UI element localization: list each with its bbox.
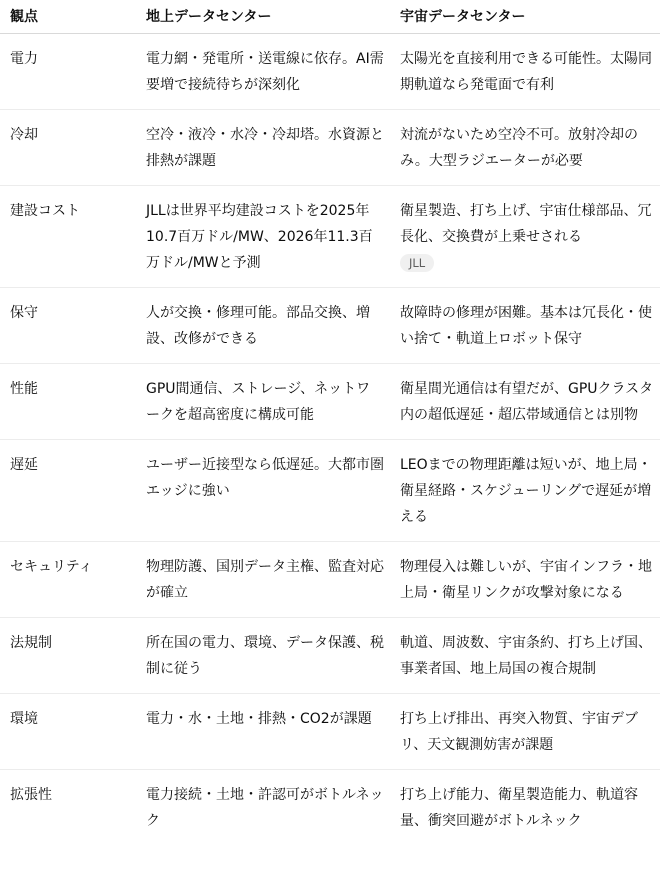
table-row: セキュリティ 物理防護、国別データ主権、監査対応が確立 物理侵入は難しいが、宇宙… [0, 542, 660, 618]
cell-ground: 電力網・発電所・送電線に依存。AI需要増で接続待ちが深刻化 [136, 34, 390, 110]
table-row: 冷却 空冷・液冷・水冷・冷却塔。水資源と排熱が課題 対流がないため空冷不可。放射… [0, 110, 660, 186]
cell-space: 衛星製造、打ち上げ、宇宙仕様部品、冗長化、交換費が上乗せされる JLL [390, 186, 660, 288]
table-row: 性能 GPU間通信、ストレージ、ネットワークを超高密度に構成可能 衛星間光通信は… [0, 364, 660, 440]
cell-space: 対流がないため空冷不可。放射冷却のみ。大型ラジエーターが必要 [390, 110, 660, 186]
cell-ground: JLLは世界平均建設コストを2025年10.7百万ドル/MW、2026年11.3… [136, 186, 390, 288]
cell-space: 故障時の修理が困難。基本は冗長化・使い捨て・軌道上ロボット保守 [390, 288, 660, 364]
cell-space: 打ち上げ能力、衛星製造能力、軌道容量、衝突回避がボトルネック [390, 770, 660, 846]
cell-ground: 人が交換・修理可能。部品交換、増設、改修ができる [136, 288, 390, 364]
table-row: 遅延 ユーザー近接型なら低遅延。大都市圏エッジに強い LEOまでの物理距離は短い… [0, 440, 660, 542]
cell-space: 軌道、周波数、宇宙条約、打ち上げ国、事業者国、地上局国の複合規制 [390, 618, 660, 694]
header-row: 観点 地上データセンター 宇宙データセンター [0, 0, 660, 34]
cell-aspect: 保守 [0, 288, 136, 364]
cell-aspect: 電力 [0, 34, 136, 110]
cell-ground: ユーザー近接型なら低遅延。大都市圏エッジに強い [136, 440, 390, 542]
cell-aspect: セキュリティ [0, 542, 136, 618]
header-ground: 地上データセンター [136, 0, 390, 34]
table-row: 建設コスト JLLは世界平均建設コストを2025年10.7百万ドル/MW、202… [0, 186, 660, 288]
cell-aspect: 建設コスト [0, 186, 136, 288]
table-row: 拡張性 電力接続・土地・許認可がボトルネック 打ち上げ能力、衛星製造能力、軌道容… [0, 770, 660, 846]
cell-ground: 所在国の電力、環境、データ保護、税制に従う [136, 618, 390, 694]
table-row: 電力 電力網・発電所・送電線に依存。AI需要増で接続待ちが深刻化 太陽光を直接利… [0, 34, 660, 110]
cell-aspect: 環境 [0, 694, 136, 770]
cell-aspect: 性能 [0, 364, 136, 440]
comparison-table: 観点 地上データセンター 宇宙データセンター 電力 電力網・発電所・送電線に依存… [0, 0, 660, 845]
table-row: 環境 電力・水・土地・排熱・CO2が課題 打ち上げ排出、再突入物質、宇宙デブリ、… [0, 694, 660, 770]
cell-space: 太陽光を直接利用できる可能性。太陽同期軌道なら発電面で有利 [390, 34, 660, 110]
table-row: 保守 人が交換・修理可能。部品交換、増設、改修ができる 故障時の修理が困難。基本… [0, 288, 660, 364]
source-citation-badge[interactable]: JLL [400, 254, 434, 272]
table-row: 法規制 所在国の電力、環境、データ保護、税制に従う 軌道、周波数、宇宙条約、打ち… [0, 618, 660, 694]
cell-aspect: 遅延 [0, 440, 136, 542]
cell-aspect: 冷却 [0, 110, 136, 186]
cell-space: LEOまでの物理距離は短いが、地上局・衛星経路・スケジューリングで遅延が増える [390, 440, 660, 542]
cell-space: 打ち上げ排出、再突入物質、宇宙デブリ、天文観測妨害が課題 [390, 694, 660, 770]
cell-ground: 物理防護、国別データ主権、監査対応が確立 [136, 542, 390, 618]
cell-space: 物理侵入は難しいが、宇宙インフラ・地上局・衛星リンクが攻撃対象になる [390, 542, 660, 618]
cell-ground: 電力接続・土地・許認可がボトルネック [136, 770, 390, 846]
header-space: 宇宙データセンター [390, 0, 660, 34]
cell-ground: GPU間通信、ストレージ、ネットワークを超高密度に構成可能 [136, 364, 390, 440]
cell-aspect: 法規制 [0, 618, 136, 694]
cell-space: 衛星間光通信は有望だが、GPUクラスタ内の超低遅延・超広帯域通信とは別物 [390, 364, 660, 440]
cell-aspect: 拡張性 [0, 770, 136, 846]
cell-ground: 空冷・液冷・水冷・冷却塔。水資源と排熱が課題 [136, 110, 390, 186]
cell-space-text: 衛星製造、打ち上げ、宇宙仕様部品、冗長化、交換費が上乗せされる [400, 203, 651, 245]
header-aspect: 観点 [0, 0, 136, 34]
cell-ground: 電力・水・土地・排熱・CO2が課題 [136, 694, 390, 770]
